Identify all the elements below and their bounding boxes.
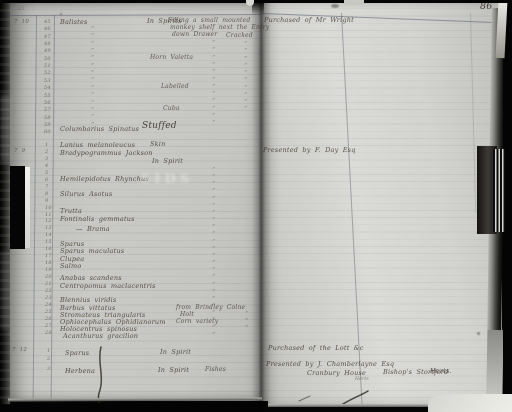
bottom-right-page-corner xyxy=(428,394,512,412)
photo-artifact xyxy=(477,332,480,335)
binder-clip-left-highlight xyxy=(25,167,30,248)
book-spine-edge xyxy=(0,0,10,412)
spine-highlight-2 xyxy=(0,252,9,330)
photo-bottom-border-mid xyxy=(264,407,442,412)
photo-top-border xyxy=(0,0,512,3)
spine-highlight xyxy=(0,95,10,163)
binder-clip-left xyxy=(10,166,25,249)
ink-flourishes xyxy=(0,0,512,412)
photo-artifact xyxy=(331,4,339,8)
photo-artifact xyxy=(60,13,62,15)
register-photograph: 857 10BalistesIn SpiritsFilling a small … xyxy=(0,0,512,412)
pen-stroke-small xyxy=(299,396,310,401)
top-edge-notch-2 xyxy=(344,0,364,3)
fore-edge-light xyxy=(486,330,503,396)
binder-clip-right-stripes xyxy=(493,149,505,232)
